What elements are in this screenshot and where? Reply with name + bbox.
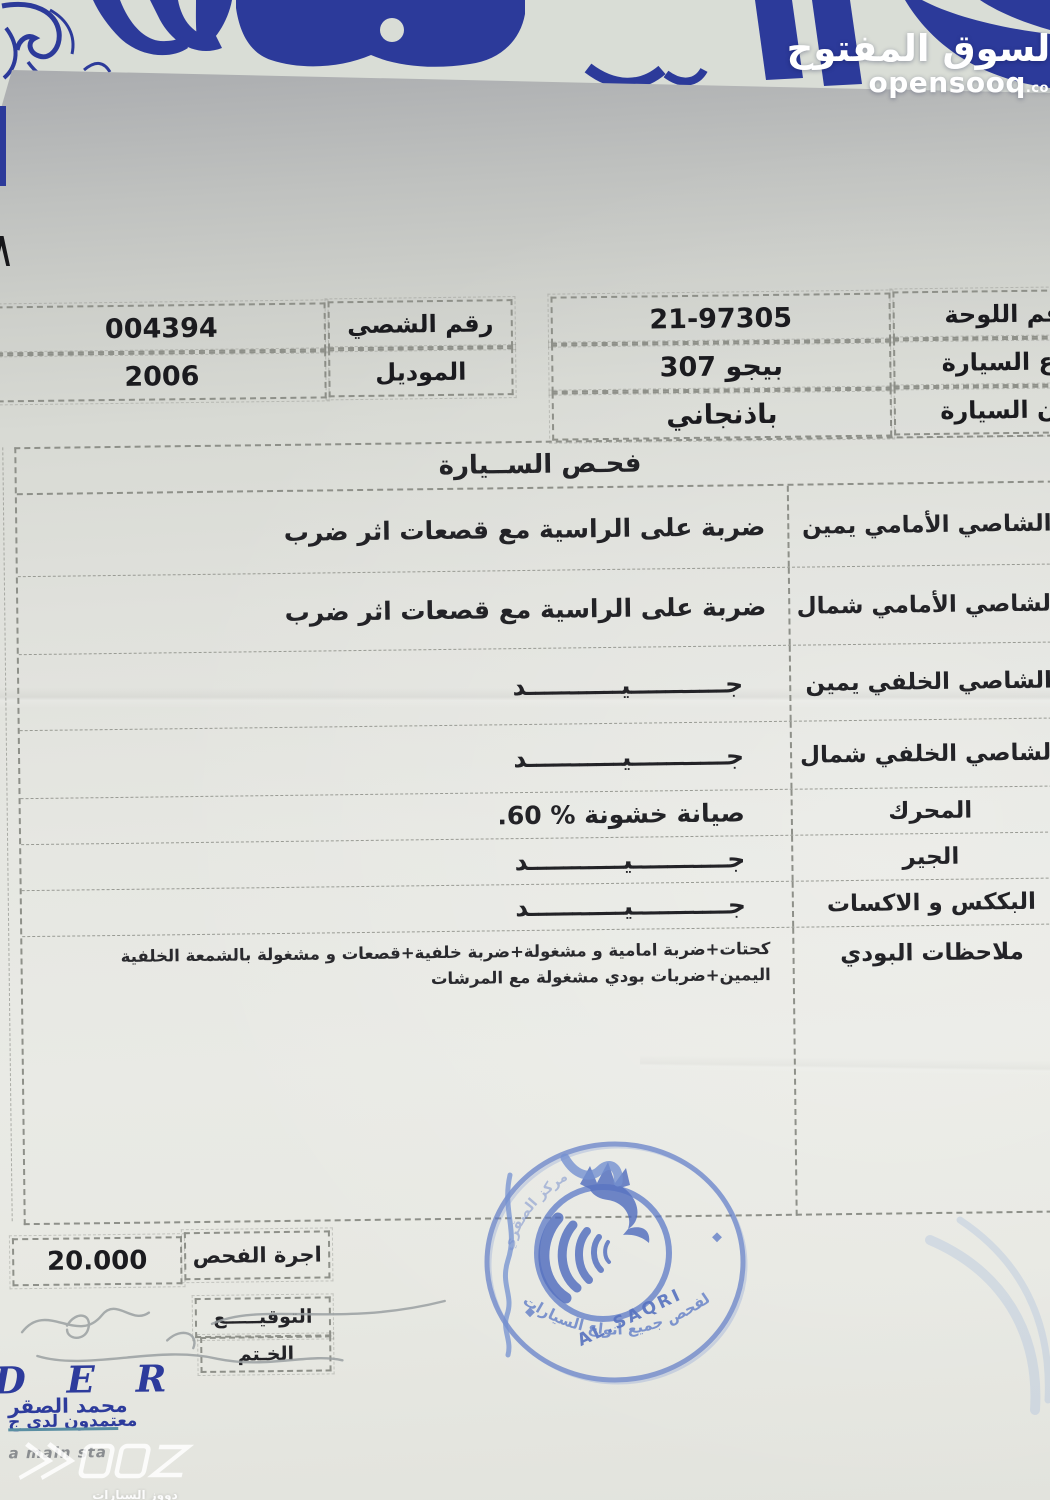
inspection-rows: الشاصي الأمامي يمين ضربة على الراسية مع … [17, 482, 1050, 1223]
ghost-stamp-imprint [920, 1210, 1050, 1450]
row-value: جـــــــــــيـــــــــــد [20, 722, 791, 798]
row-label: الشاصي الأمامي يمين [787, 482, 1050, 566]
car-type-value: بيجو 307 [551, 340, 892, 392]
opensooq-watermark: السوق المفتوح opensooq.com [828, 30, 1050, 97]
car-type-label: نوع السيارة [893, 337, 1050, 388]
inspection-fee-label: اجرة الفحص [184, 1230, 331, 1280]
model-year-label: الموديل [328, 347, 514, 397]
opensooq-latin-logo: opensooq.com [828, 69, 1050, 97]
opensooq-arabic-logo: السوق المفتوح [828, 30, 1050, 67]
plate-number-value: 21-97305 [550, 293, 891, 345]
table-row: الشاصي الأمامي يمين ضربة على الراسية مع … [17, 482, 1050, 576]
dooz-watermark: دووز السيارات [14, 1438, 214, 1500]
car-color-value: باذنجاني [552, 388, 893, 440]
row-value: ضربة على الراسية مع قصعات اثر ضرب [18, 568, 789, 654]
row-label: المحرك [791, 786, 1050, 834]
row-value: ضربة على الراسية مع قصعات اثر ضرب [17, 486, 788, 576]
row-label: الشاصي الخلفي شمال [790, 718, 1050, 788]
inspection-fee-value: 20.000 [12, 1236, 183, 1286]
dooz-logo-icon [14, 1438, 199, 1484]
row-value: جـــــــــــيـــــــــــد [19, 646, 790, 730]
dooz-caption: دووز السيارات [70, 1488, 200, 1500]
table-outer-border [2, 447, 14, 1221]
inspection-center-stamp: AL.SAQRI لفحص جميع انواع السيارات مركز ا… [470, 1130, 800, 1400]
chassis-number-value: 004394 [0, 302, 326, 354]
row-label: الجير [791, 832, 1050, 880]
row-label: ملاحظات البودي [792, 924, 1050, 1215]
inspection-table: فحـص الســيارة الشاصي الأمامي يمين ضربة … [14, 434, 1050, 1225]
table-row: الشاصي الخلفي شمال جـــــــــــيــــــــ… [20, 717, 1050, 798]
row-label: البككس و الاكسات [792, 878, 1050, 926]
row-label: الشاصي الخلفي يمين [789, 642, 1050, 720]
car-color-label: لون السيارة [894, 385, 1050, 436]
model-year-value: 2006 [0, 350, 327, 402]
row-label: الشاصي الأمامي شمال [788, 564, 1050, 644]
chassis-number-label: رقم الشصي [328, 299, 514, 349]
plate-number-label: رقم اللوحة [892, 289, 1050, 340]
opensooq-tld: .com [1026, 81, 1050, 96]
table-row: الشاصي الأمامي شمال ضربة على الراسية مع … [18, 563, 1050, 654]
body-notes-text: كحتات+ضربة امامية و مشغولة+ضربة خلفية+قص… [65, 936, 771, 997]
table-row: الشاصي الخلفي يمين جـــــــــــيــــــــ… [19, 641, 1050, 730]
stamp-diamond-icon [712, 1232, 722, 1242]
opensooq-name: opensooq [868, 66, 1025, 99]
